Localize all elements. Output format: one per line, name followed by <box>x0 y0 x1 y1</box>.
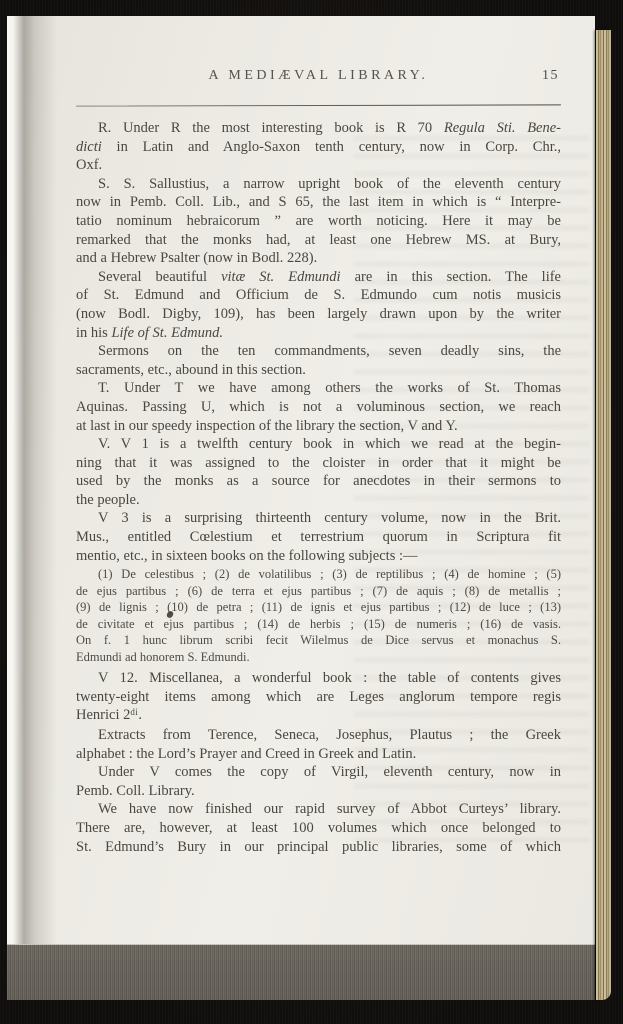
text-line: ning that it was assigned to the cloiste… <box>76 454 561 473</box>
text-run: Henrici 2 <box>76 707 130 723</box>
text-run: Several beautiful <box>98 269 221 285</box>
italic-text: Life of St. Edmund. <box>111 325 223 341</box>
text-run: ning that it was assigned to the cloiste… <box>76 455 561 471</box>
text-line: de civitate et ejus partibus ; (14) de h… <box>76 616 561 633</box>
text-run: tatio nominum hebraicorum ” are worth no… <box>76 213 561 229</box>
text-run: are in this section. The life <box>341 269 561 285</box>
text-line: Mus., entitled Cœlestium et terrestrium … <box>76 528 561 547</box>
running-header-title: A MEDIÆVAL LIBRARY. <box>209 68 429 83</box>
text-run: Under V comes the copy of Virgil, eleven… <box>98 764 561 780</box>
text-line: tatio nominum hebraicorum ” are worth no… <box>76 212 561 231</box>
text-line: the people. <box>76 491 561 510</box>
text-run: V 12. Miscellanea, a wonderful book : th… <box>98 670 561 686</box>
text-run: We have now finished our rapid survey of… <box>98 801 561 817</box>
paragraph: R. Under R the most interesting book is … <box>76 119 561 175</box>
text-line: at last in our speedy inspection of the … <box>76 417 561 436</box>
italic-text: vitæ St. Edmundi <box>221 269 341 285</box>
text-line: Aquinas. Passing U, which is not a volum… <box>76 398 561 417</box>
text-line: Pemb. Coll. Library. <box>76 782 561 801</box>
text-run: twenty-eight items among which are Leges… <box>76 689 561 705</box>
text-run: of St. Edmund and Officium de S. Edmundo… <box>76 287 561 303</box>
text-run: S. S. Sallustius, a narrow upright book … <box>98 176 561 192</box>
book-page: A MEDIÆVAL LIBRARY. 15 R. Under R the mo… <box>7 16 595 1000</box>
fore-edge-pages <box>596 30 611 1000</box>
text-run: St. Edmund’s Bury in our principal publi… <box>76 839 561 855</box>
text-line: V 3 is a surprising thirteenth century v… <box>76 509 561 528</box>
paragraph: (1) De celestibus ; (2) de volatilibus ;… <box>76 566 561 665</box>
header-rule <box>76 104 561 106</box>
gutter-shadow <box>7 16 59 945</box>
text-line: now in Pemb. Coll. Lib., and S 65, the l… <box>76 193 561 212</box>
paragraph: T. Under T we have among others the work… <box>76 379 561 435</box>
text-run: V. V 1 is a twelfth century book in whic… <box>98 436 561 452</box>
scanned-book-photo: A MEDIÆVAL LIBRARY. 15 R. Under R the mo… <box>0 0 623 1024</box>
running-header: A MEDIÆVAL LIBRARY. 15 <box>76 68 561 86</box>
text-line: T. Under T we have among others the work… <box>76 379 561 398</box>
italic-text: Regula Sti. Bene- <box>444 120 561 136</box>
text-run: . <box>138 707 142 723</box>
text-line: remarked that the monks had, at least on… <box>76 231 561 250</box>
text-line: R. Under R the most interesting book is … <box>76 119 561 138</box>
paragraph: Under V comes the copy of Virgil, eleven… <box>76 763 561 800</box>
italic-text: dicti <box>76 139 102 155</box>
text-run: Edmundi ad honorem S. Edmundi. <box>76 650 250 664</box>
page-number: 15 <box>542 68 559 84</box>
text-run: de civitate et ejus partibus ; (14) de h… <box>76 617 561 631</box>
text-run: the people. <box>76 492 140 508</box>
paragraph: V 3 is a surprising thirteenth century v… <box>76 509 561 565</box>
text-run: (1) De celestibus ; (2) de volatilibus ;… <box>98 567 561 581</box>
page-text: R. Under R the most interesting book is … <box>76 119 561 856</box>
text-run: at last in our speedy inspection of the … <box>76 418 458 434</box>
text-run: used by the monks as a source for anecdo… <box>76 473 561 489</box>
text-run: in his <box>76 325 111 341</box>
text-line: We have now finished our rapid survey of… <box>76 800 561 819</box>
text-run: (9) de lignis ; (10) de petra ; (11) de … <box>76 600 561 614</box>
text-line: Under V comes the copy of Virgil, eleven… <box>76 763 561 782</box>
paragraph: V. V 1 is a twelfth century book in whic… <box>76 435 561 509</box>
text-run: (now Bodl. Digby, 109), has been largely… <box>76 306 561 322</box>
bottom-page-edges <box>7 944 595 1000</box>
text-line: twenty-eight items among which are Leges… <box>76 688 561 707</box>
text-run: mentio, etc., in sixteen books on the fo… <box>76 548 418 564</box>
text-line: Sermons on the ten commandments, seven d… <box>76 342 561 361</box>
text-line: V 12. Miscellanea, a wonderful book : th… <box>76 669 561 688</box>
text-run: On f. 1 hunc librum scribi fecit Wilelmu… <box>76 633 561 647</box>
text-line: Several beautiful vitæ St. Edmundi are i… <box>76 268 561 287</box>
paragraph: Several beautiful vitæ St. Edmundi are i… <box>76 268 561 342</box>
text-line: St. Edmund’s Bury in our principal publi… <box>76 838 561 857</box>
text-run: and a Hebrew Psalter (now in Bodl. 228). <box>76 250 317 266</box>
text-run: de ejus partibus ; (6) de terra et ejus … <box>76 584 561 598</box>
text-run: in Latin and Anglo-Saxon tenth century, … <box>102 139 561 155</box>
text-line: Extracts from Terence, Seneca, Josephus,… <box>76 726 561 745</box>
text-run: T. Under T we have among others the work… <box>98 380 561 396</box>
text-line: sacraments, etc., abound in this section… <box>76 361 561 380</box>
text-line: and a Hebrew Psalter (now in Bodl. 228). <box>76 249 561 268</box>
text-run: Pemb. Coll. Library. <box>76 783 195 799</box>
text-run: Oxf. <box>76 157 102 173</box>
text-line: (1) De celestibus ; (2) de volatilibus ;… <box>76 566 561 583</box>
text-line: used by the monks as a source for anecdo… <box>76 472 561 491</box>
paragraph: We have now finished our rapid survey of… <box>76 800 561 856</box>
text-run: Aquinas. Passing U, which is not a volum… <box>76 399 561 415</box>
paragraph: Sermons on the ten commandments, seven d… <box>76 342 561 379</box>
text-line: of St. Edmund and Officium de S. Edmundo… <box>76 286 561 305</box>
text-run: alphabet : the Lord’s Prayer and Creed i… <box>76 746 416 762</box>
text-line: Henrici 2di. <box>76 706 561 726</box>
text-line: mentio, etc., in sixteen books on the fo… <box>76 547 561 566</box>
text-line: V. V 1 is a twelfth century book in whic… <box>76 435 561 454</box>
text-line: alphabet : the Lord’s Prayer and Creed i… <box>76 745 561 764</box>
text-run: Mus., entitled Cœlestium et terrestrium … <box>76 529 561 545</box>
text-line: Oxf. <box>76 156 561 175</box>
text-line: S. S. Sallustius, a narrow upright book … <box>76 175 561 194</box>
paragraph: V 12. Miscellanea, a wonderful book : th… <box>76 669 561 726</box>
text-run: sacraments, etc., abound in this section… <box>76 362 306 378</box>
text-run: Sermons on the ten commandments, seven d… <box>98 343 561 359</box>
text-run: V 3 is a surprising thirteenth century v… <box>98 510 561 526</box>
text-line: (now Bodl. Digby, 109), has been largely… <box>76 305 561 324</box>
text-run: remarked that the monks had, at least on… <box>76 232 561 248</box>
text-run: R. Under R the most interesting book is … <box>98 120 444 136</box>
text-line: On f. 1 hunc librum scribi fecit Wilelmu… <box>76 632 561 649</box>
text-run: now in Pemb. Coll. Lib., and S 65, the l… <box>76 194 561 210</box>
text-run: Extracts from Terence, Seneca, Josephus,… <box>98 727 561 743</box>
text-line: de ejus partibus ; (6) de terra et ejus … <box>76 583 561 600</box>
paragraph: S. S. Sallustius, a narrow upright book … <box>76 175 561 268</box>
text-run: There are, however, at least 100 volumes… <box>76 820 561 836</box>
paragraph: Extracts from Terence, Seneca, Josephus,… <box>76 726 561 763</box>
text-line: Edmundi ad honorem S. Edmundi. <box>76 649 561 666</box>
text-line: in his Life of St. Edmund. <box>76 324 561 343</box>
superscript-text: di <box>130 707 138 717</box>
text-line: (9) de lignis ; (10) de petra ; (11) de … <box>76 599 561 616</box>
text-line: There are, however, at least 100 volumes… <box>76 819 561 838</box>
text-line: dicti in Latin and Anglo-Saxon tenth cen… <box>76 138 561 157</box>
